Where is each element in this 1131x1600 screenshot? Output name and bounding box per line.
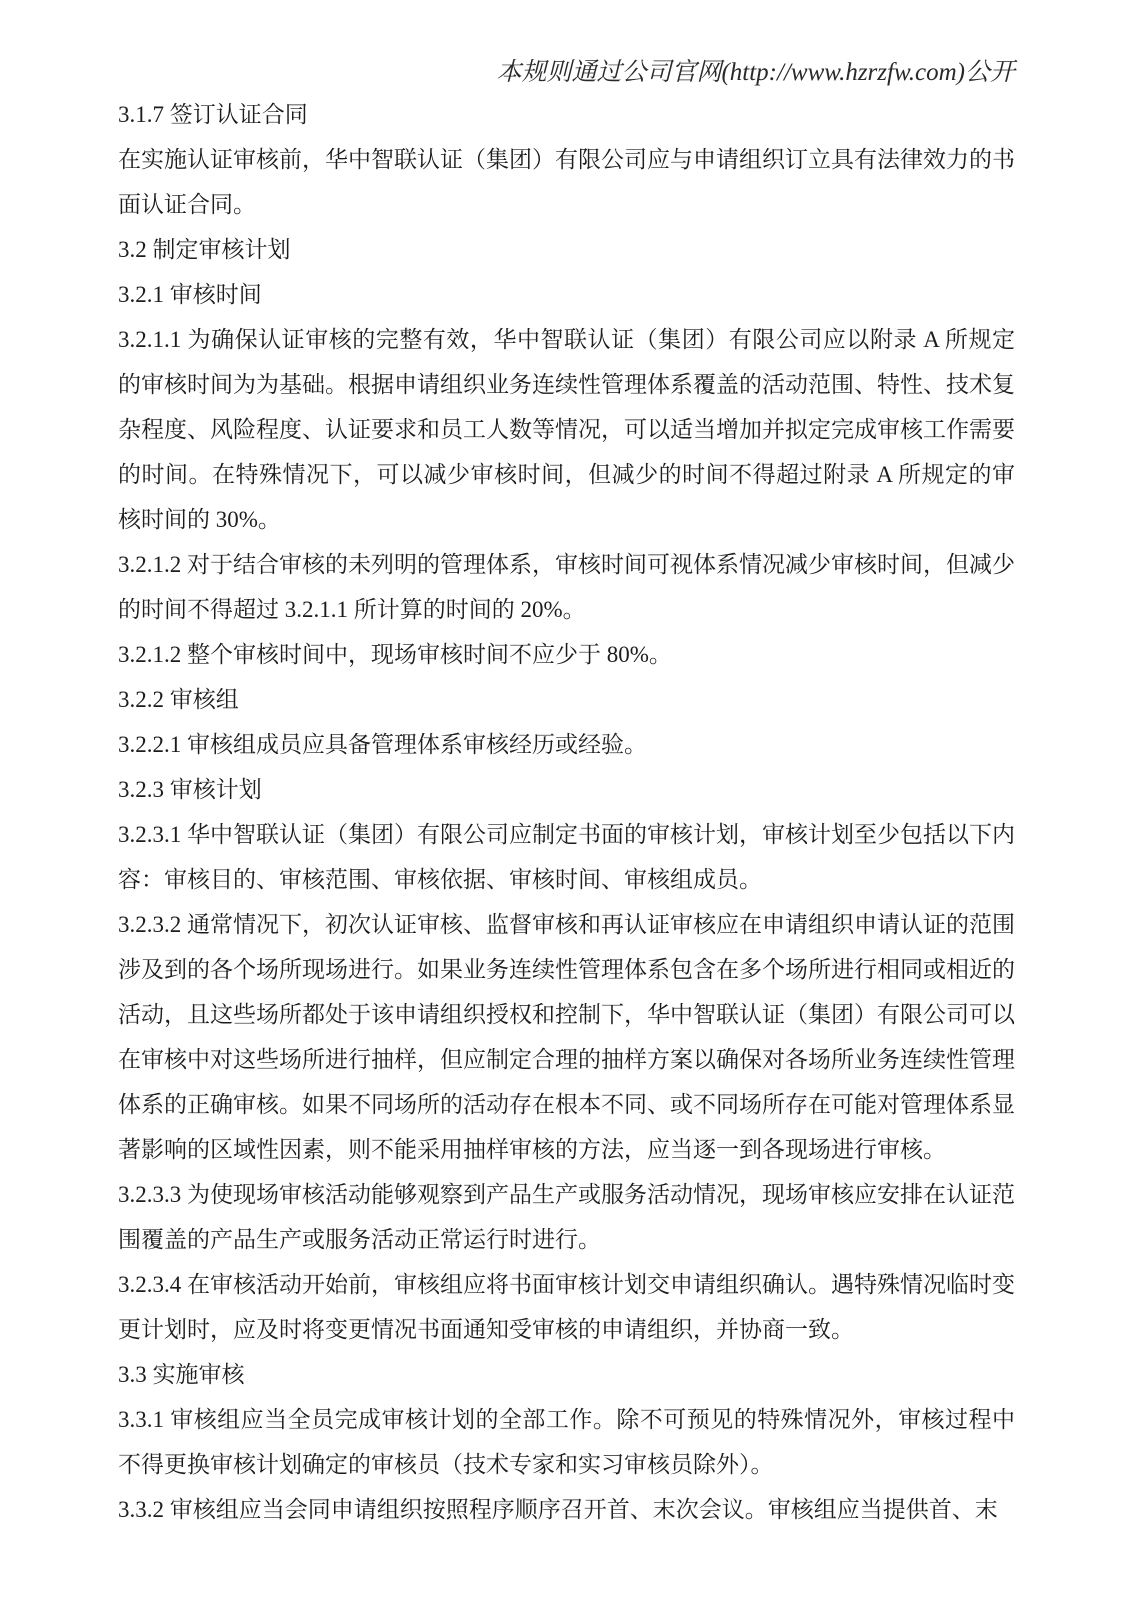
paragraph: 3.2.1.2 整个审核时间中，现场审核时间不应少于 80%。 [118, 632, 1015, 677]
paragraph: 3.3.1 审核组应当全员完成审核计划的全部工作。除不可预见的特殊情况外，审核过… [118, 1397, 1015, 1487]
paragraph: 3.2.1.1 为确保认证审核的完整有效，华中智联认证（集团）有限公司应以附录 … [118, 317, 1015, 542]
paragraph: 3.2.2.1 审核组成员应具备管理体系审核经历或经验。 [118, 722, 1015, 767]
page-header-note: 本规则通过公司官网(http://www.hzrzfw.com)公开 [118, 54, 1015, 92]
document-body: 3.1.7 签订认证合同在实施认证审核前，华中智联认证（集团）有限公司应与申请组… [118, 92, 1015, 1532]
paragraph: 3.2.3.3 为使现场审核活动能够观察到产品生产或服务活动情况，现场审核应安排… [118, 1172, 1015, 1262]
paragraph: 3.2.3.1 华中智联认证（集团）有限公司应制定书面的审核计划，审核计划至少包… [118, 812, 1015, 902]
paragraph: 3.2.1 审核时间 [118, 272, 1015, 317]
paragraph: 3.2.2 审核组 [118, 677, 1015, 722]
paragraph: 3.2.3 审核计划 [118, 767, 1015, 812]
paragraph: 3.2.3.2 通常情况下，初次认证审核、监督审核和再认证审核应在申请组织申请认… [118, 902, 1015, 1172]
document-page: 本规则通过公司官网(http://www.hzrzfw.com)公开 3.1.7… [0, 0, 1131, 1600]
paragraph: 在实施认证审核前，华中智联认证（集团）有限公司应与申请组织订立具有法律效力的书面… [118, 137, 1015, 227]
paragraph: 3.3 实施审核 [118, 1352, 1015, 1397]
paragraph: 3.2.1.2 对于结合审核的未列明的管理体系，审核时间可视体系情况减少审核时间… [118, 542, 1015, 632]
paragraph: 3.2 制定审核计划 [118, 227, 1015, 272]
paragraph: 3.3.2 审核组应当会同申请组织按照程序顺序召开首、末次会议。审核组应当提供首… [118, 1487, 1015, 1532]
paragraph: 3.2.3.4 在审核活动开始前，审核组应将书面审核计划交申请组织确认。遇特殊情… [118, 1262, 1015, 1352]
paragraph: 3.1.7 签订认证合同 [118, 92, 1015, 137]
